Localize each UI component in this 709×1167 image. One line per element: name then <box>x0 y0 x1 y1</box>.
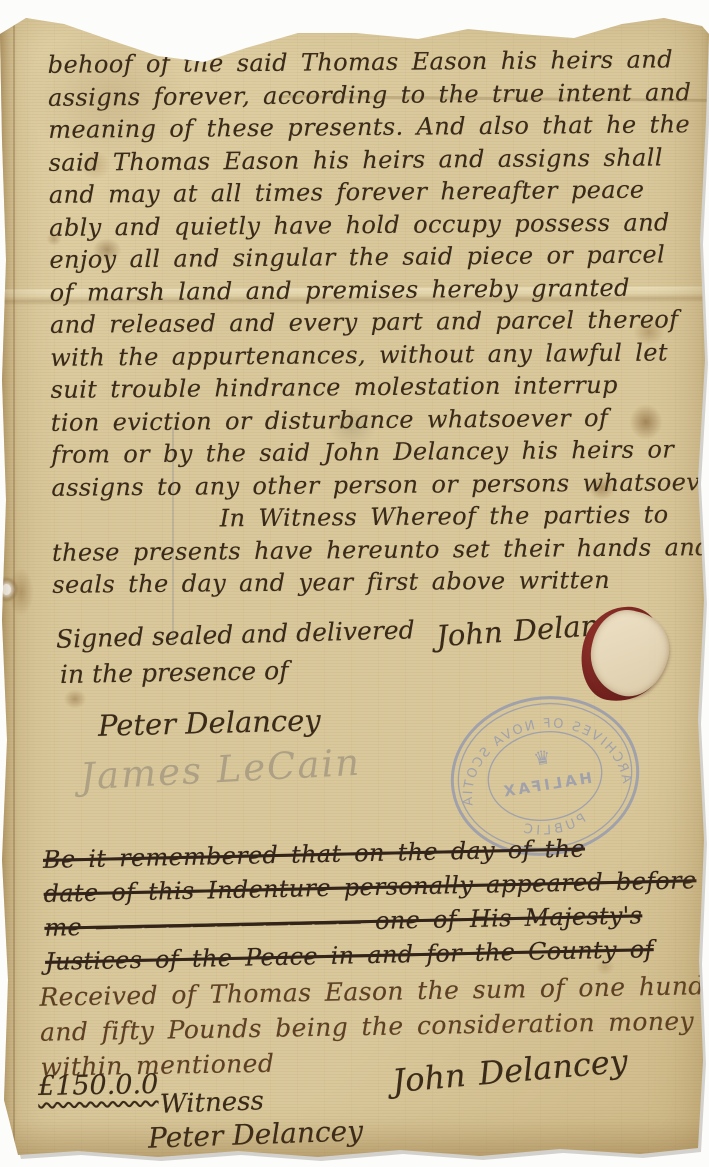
manuscript-page: behoof of the said Thomas Eason his heir… <box>0 0 709 1167</box>
manuscript-scan: behoof of the said Thomas Eason his heir… <box>0 0 709 1167</box>
edge-vignette <box>0 0 709 1167</box>
